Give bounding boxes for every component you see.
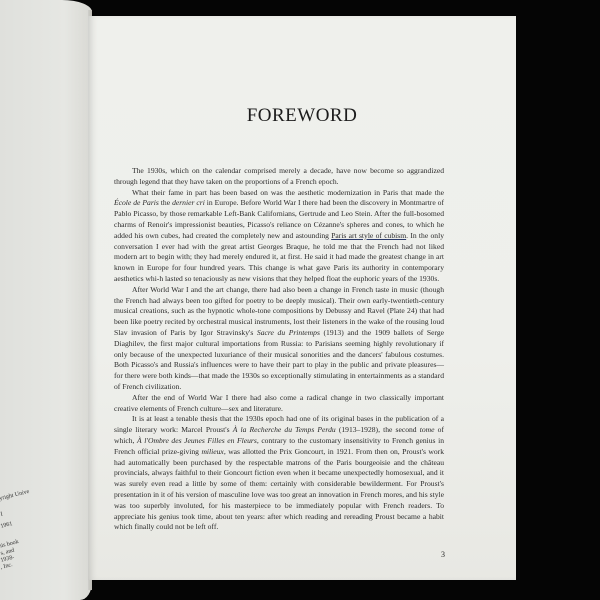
page-number: 3	[441, 550, 445, 559]
text-run: (1913–1928), the second	[336, 425, 420, 434]
left-page-fragment: pyright Unive	[0, 489, 30, 504]
paragraph: After World War I and the art change, th…	[114, 285, 444, 393]
italic-text: École de Paris	[114, 198, 159, 207]
underlined-text: Paris art style of cubism	[331, 231, 406, 240]
italic-text: dernier cri	[172, 198, 205, 207]
italic-text: À l'Ombre des Jeunes Filles en Fleurs	[137, 436, 257, 445]
page-title: FOREWORD	[88, 105, 516, 127]
foreword-body: The 1930s, which on the calendar compris…	[114, 166, 444, 533]
left-page-fragment: I	[0, 512, 4, 519]
paragraph: What their fame in part has been based o…	[114, 188, 444, 285]
left-page-fragment: , Inc.	[0, 562, 14, 572]
text-run: (1913) and the 1909 ballets of Serge Dia…	[114, 328, 444, 391]
text-run: What their fame in part has been based o…	[132, 188, 444, 197]
paragraph: It is at least a tenable thesis that the…	[114, 414, 444, 533]
text-run: After the end of World War I there had a…	[114, 393, 444, 413]
left-page: pyright Unive I 1961 his book s, and 193…	[0, 0, 92, 600]
text-run: the	[159, 198, 172, 207]
text-run: , was allotted the Prix Goncourt, in 192…	[114, 447, 444, 532]
italic-text: À la Recherche du Temps Perdu	[233, 425, 336, 434]
italic-text: tome	[420, 425, 435, 434]
italic-text: milieux	[201, 447, 223, 456]
text-run: The 1930s, which on the calendar compris…	[114, 166, 444, 186]
right-page: FOREWORD The 1930s, which on the calenda…	[88, 16, 516, 580]
left-page-fragment: 1961	[0, 521, 13, 531]
italic-text: Sacre du Printemps	[257, 328, 320, 337]
paragraph: After the end of World War I there had a…	[114, 393, 444, 415]
paragraph: The 1930s, which on the calendar compris…	[114, 166, 444, 188]
